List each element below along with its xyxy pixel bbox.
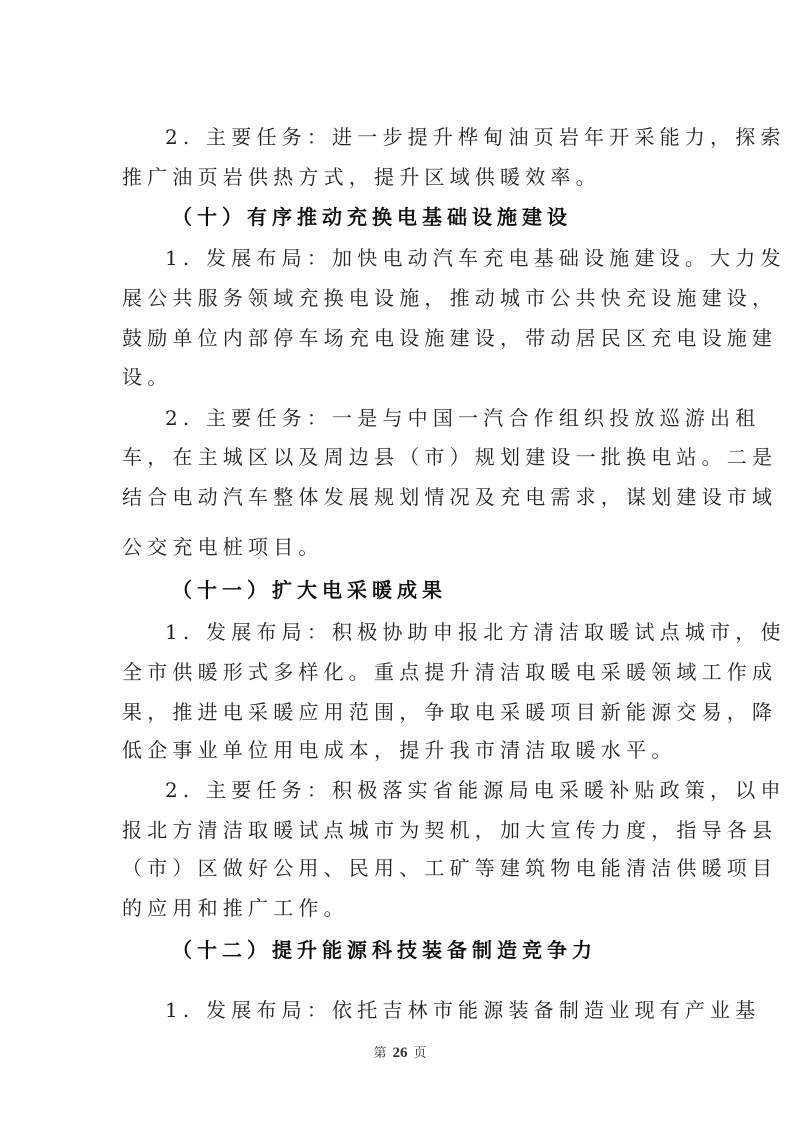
paragraph-line: 2. 主要任务：积极落实省能源局电采暖补贴政策，以申 xyxy=(165,770,735,810)
paragraph-line: 1. 发展布局：加快电动汽车充电基础设施建设。大力发 xyxy=(165,238,735,278)
page-footer: 第26页 xyxy=(0,1043,800,1064)
paragraph-line: 的应用和推广工作。 xyxy=(122,888,692,928)
paragraph-line: 鼓励单位内部停车场充电设施建设，带动居民区充电设施建 xyxy=(122,318,692,358)
page-number: 26 xyxy=(393,1045,408,1061)
paragraph-line: 车，在主城区以及周边县（市）规划建设一批换电站。二是 xyxy=(122,437,692,477)
paragraph-line: 公交充电桩项目。 xyxy=(122,527,692,567)
paragraph-line: 全市供暖形式多样化。重点提升清洁取暖电采暖领域工作成 xyxy=(122,652,692,692)
paragraph-line: 低企事业单位用电成本，提升我市清洁取暖水平。 xyxy=(122,730,692,770)
paragraph-line: 2. 主要任务：一是与中国一汽合作组织投放巡游出租 xyxy=(165,398,735,438)
paragraph-line: 推广油页岩供热方式，提升区域供暖效率。 xyxy=(122,157,692,197)
page-label-prefix: 第 xyxy=(373,1046,386,1061)
paragraph-line: （市）区做好公用、民用、工矿等建筑物电能清洁供暖项目 xyxy=(122,848,692,888)
paragraph-line: 展公共服务领域充换电设施，推动城市公共快充设施建设， xyxy=(122,278,692,318)
section-heading: （十二）提升能源科技装备制造竞争力 xyxy=(172,930,742,970)
section-heading: （十）有序推动充换电基础设施建设 xyxy=(172,197,742,237)
page-label-suffix: 页 xyxy=(414,1046,427,1061)
paragraph-line: 1. 发展布局：积极协助申报北方清洁取暖试点城市，使 xyxy=(165,612,735,652)
paragraph-line: 设。 xyxy=(122,357,692,397)
paragraph-line: 报北方清洁取暖试点城市为契机，加大宣传力度，指导各县 xyxy=(122,810,692,850)
paragraph-line: 果，推进电采暖应用范围，争取电采暖项目新能源交易，降 xyxy=(122,692,692,732)
paragraph-line: 1. 发展布局：依托吉林市能源装备制造业现有产业基 xyxy=(165,990,735,1030)
section-heading: （十一）扩大电采暖成果 xyxy=(172,570,742,610)
document-page: 2. 主要任务：进一步提升桦甸油页岩年开采能力，探索 推广油页岩供热方式，提升区… xyxy=(0,0,800,1131)
paragraph-line: 2. 主要任务：进一步提升桦甸油页岩年开采能力，探索 xyxy=(165,117,735,157)
paragraph-line: 结合电动汽车整体发展规划情况及充电需求，谋划建设市域 xyxy=(122,477,692,517)
